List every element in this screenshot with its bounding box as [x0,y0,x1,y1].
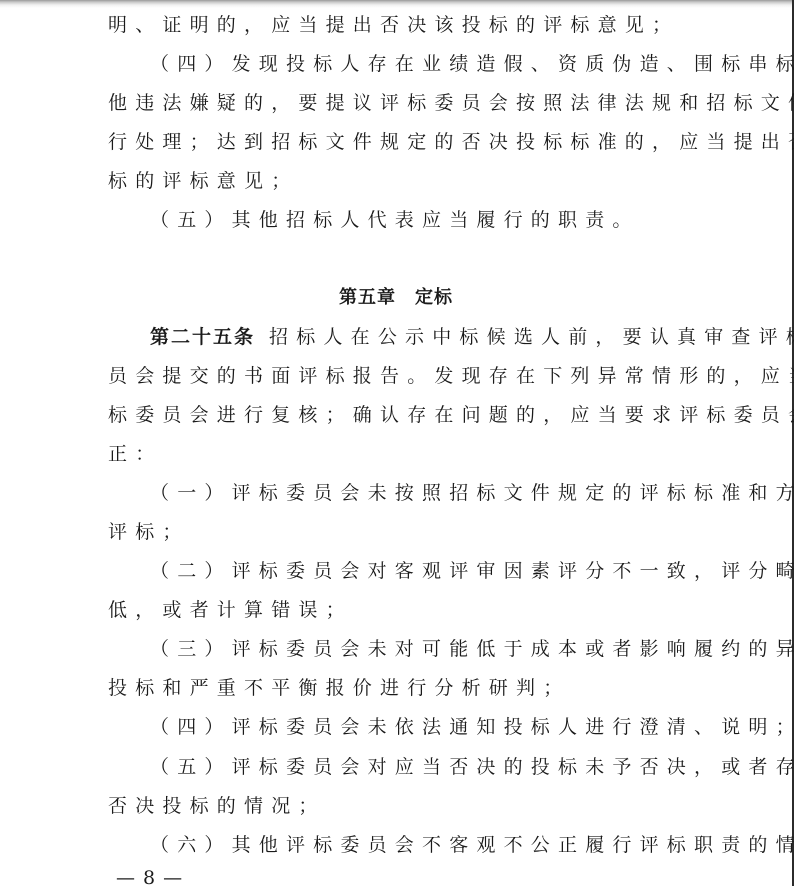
article-first-line: 第二十五条招标人在公示中标候选人前，要认真审查评标委 [150,325,730,349]
list-item-line: （四）评标委员会未依法通知投标人进行澄清、说明； [150,715,730,739]
paragraph-line: （四）发现投标人存在业绩造假、资质伪造、围标串标或者其 [150,52,730,76]
list-item-line: 评标； [108,520,688,544]
article-number: 第二十五条 [150,326,255,348]
list-item-line: （三）评标委员会未对可能低于成本或者影响履约的异常低价 [150,637,730,661]
paragraph-line: 正： [108,442,688,466]
list-item-line: （六）其他评标委员会不客观不公正履行评标职责的情形。 [150,833,730,857]
paragraph-line: （五）其他招标人代表应当履行的职责。 [150,208,730,232]
chapter-heading: 第五章 定标 [0,286,792,310]
paragraph-line: 标委员会进行复核；确认存在问题的，应当要求评标委员会进行纠 [108,403,688,427]
paragraph-line: 他违法嫌疑的，要提议评标委员会按照法律法规和招标文件规定进 [108,91,688,115]
paragraph-line: 明、证明的，应当提出否决该投标的评标意见； [108,13,688,37]
list-item-line: （二）评标委员会对客观评审因素评分不一致，评分畸高、畸 [150,559,730,583]
list-item-line: 投标和严重不平衡报价进行分析研判； [108,676,688,700]
list-item-line: 否决投标的情况； [108,794,688,818]
paragraph-line: 员会提交的书面评标报告。发现存在下列异常情形的，应当要求评 [108,364,688,388]
paragraph-line: 标的评标意见； [108,169,688,193]
page-number: — 8 — [116,867,183,886]
list-item-line: （一）评标委员会未按照招标文件规定的评标标准和方法进行 [150,481,730,505]
paragraph-line: 行处理；达到招标文件规定的否决投标标准的，应当提出否决该投 [108,130,688,154]
list-item-line: （五）评标委员会对应当否决的投标未予否决，或者存在随意 [150,755,730,779]
document-page: 明、证明的，应当提出否决该投标的评标意见； （四）发现投标人存在业绩造假、资质伪… [0,0,792,886]
list-item-line: 低，或者计算错误； [108,598,688,622]
article-text: 招标人在公示中标候选人前，要认真审查评标委 [269,326,794,348]
